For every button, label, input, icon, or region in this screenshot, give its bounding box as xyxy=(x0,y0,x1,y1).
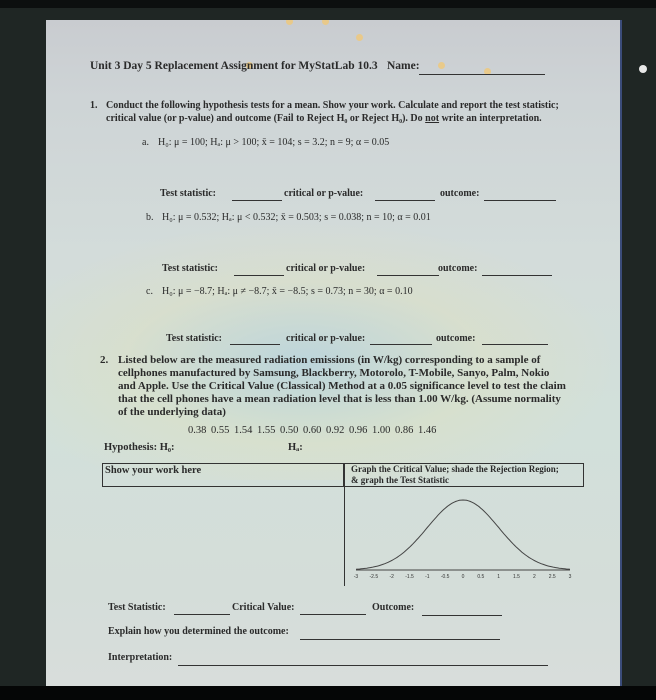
bottom-bezel xyxy=(0,686,656,700)
part-a-hypothesis: H₀: μ = 100; Hₐ: μ > 100; x̄ = 104; s = … xyxy=(158,137,389,148)
part-c-letter: c. xyxy=(146,286,153,297)
axis-tick-label: 2 xyxy=(533,574,536,580)
part-b-letter: b. xyxy=(146,212,154,223)
top-bezel xyxy=(0,0,656,8)
axis-tick-label: -1 xyxy=(425,574,430,580)
part-a-letter: a. xyxy=(142,137,149,148)
a-critical-label: critical or p-value: xyxy=(284,188,363,199)
c-outcome-label: outcome: xyxy=(436,333,475,344)
axis-tick-label: -2 xyxy=(389,574,394,580)
name-label: Name: xyxy=(387,60,420,72)
b-test-statistic-label: Test statistic: xyxy=(162,263,218,274)
axis-tick-label: 0.5 xyxy=(477,574,484,580)
q1-instructions-line2: critical value (or p-value) and outcome … xyxy=(106,113,542,124)
q1-number: 1. xyxy=(90,100,98,111)
part-b-hypothesis: H₀: μ = 0.532; Hₐ: μ < 0.532; x̄ = 0.503… xyxy=(162,212,431,223)
name-field[interactable] xyxy=(419,74,545,75)
q2-outcome-field[interactable] xyxy=(422,615,502,616)
graph-box-header: Graph the Critical Value; shade the Reje… xyxy=(344,463,584,487)
q1-instr-not: not xyxy=(425,113,439,124)
page-title: Unit 3 Day 5 Replacement Assignment for … xyxy=(90,60,378,72)
camera-dot xyxy=(639,65,647,73)
interpretation-field-1[interactable] xyxy=(178,665,548,666)
q1-instructions-line1: Conduct the following hypothesis tests f… xyxy=(106,100,559,111)
reflection-dot xyxy=(286,20,293,25)
q2-test-statistic-field[interactable] xyxy=(174,614,230,615)
reflection-dot xyxy=(356,34,363,41)
part-c-hypothesis: H₀: μ = −8.7; Hₐ: μ ≠ −8.7; x̄ = −8.5; s… xyxy=(162,286,413,297)
reflection-dot xyxy=(322,20,329,25)
q2-prompt: Listed below are the measured radiation … xyxy=(118,354,568,419)
a-test-statistic-label: Test statistic: xyxy=(160,188,216,199)
q2-critical-value-label: Critical Value: xyxy=(232,602,295,613)
q2-test-statistic-label: Test Statistic: xyxy=(108,602,166,613)
hypothesis-h0-label: Hypothesis: H₀: xyxy=(104,442,175,453)
b-test-statistic-field[interactable] xyxy=(234,275,284,276)
axis-tick-label: -2.5 xyxy=(370,574,379,580)
q1-instr-pre: critical value (or p-value) and outcome … xyxy=(106,113,425,124)
hypothesis-ha-label: Hₐ: xyxy=(288,442,303,453)
normal-curve xyxy=(356,500,570,569)
axis-tick-label: 2.5 xyxy=(549,574,556,580)
q2-critical-value-field[interactable] xyxy=(300,614,366,615)
box-divider xyxy=(344,486,345,586)
axis-tick-label: -1.5 xyxy=(405,574,414,580)
b-critical-label: critical or p-value: xyxy=(286,263,365,274)
a-critical-field[interactable] xyxy=(375,200,435,201)
q1-instr-post: write an interpretation. xyxy=(439,113,542,124)
normal-curve-graph[interactable]: -3-2.5-2-1.5-1-0.500.511.522.53 xyxy=(346,486,586,586)
a-test-statistic-field[interactable] xyxy=(232,200,282,201)
c-critical-label: critical or p-value: xyxy=(286,333,365,344)
axis-tick-label: 1.5 xyxy=(513,574,520,580)
axis-tick-label: -0.5 xyxy=(441,574,450,580)
b-outcome-field[interactable] xyxy=(482,275,552,276)
graph-instruction-1: Graph the Critical Value; shade the Reje… xyxy=(351,464,559,474)
q2-number: 2. xyxy=(100,354,108,366)
axis-tick-label: -3 xyxy=(354,574,359,580)
b-critical-field[interactable] xyxy=(377,275,439,276)
show-work-box[interactable]: Show your work here xyxy=(102,463,344,487)
q2-data-values: 0.38 0.55 1.54 1.55 0.50 0.60 0.92 0.96 … xyxy=(188,425,436,436)
reflection-dot xyxy=(438,62,445,69)
worksheet-page: Unit 3 Day 5 Replacement Assignment for … xyxy=(46,20,622,686)
graph-instruction-2: & graph the Test Statistic xyxy=(351,475,449,485)
axis-tick-label: 3 xyxy=(569,574,572,580)
explain-field[interactable] xyxy=(300,639,500,640)
q2-outcome-label: Outcome: xyxy=(372,602,414,613)
explain-label: Explain how you determined the outcome: xyxy=(108,626,289,637)
b-outcome-label: outcome: xyxy=(438,263,477,274)
c-test-statistic-label: Test statistic: xyxy=(166,333,222,344)
c-test-statistic-field[interactable] xyxy=(230,344,280,345)
screen-glare xyxy=(46,220,620,480)
a-outcome-label: outcome: xyxy=(440,188,479,199)
show-work-label: Show your work here xyxy=(105,465,201,476)
a-outcome-field[interactable] xyxy=(484,200,556,201)
interpretation-label: Interpretation: xyxy=(108,652,172,663)
c-outcome-field[interactable] xyxy=(482,344,548,345)
axis-tick-label: 0 xyxy=(462,574,465,580)
c-critical-field[interactable] xyxy=(370,344,432,345)
axis-tick-label: 1 xyxy=(497,574,500,580)
